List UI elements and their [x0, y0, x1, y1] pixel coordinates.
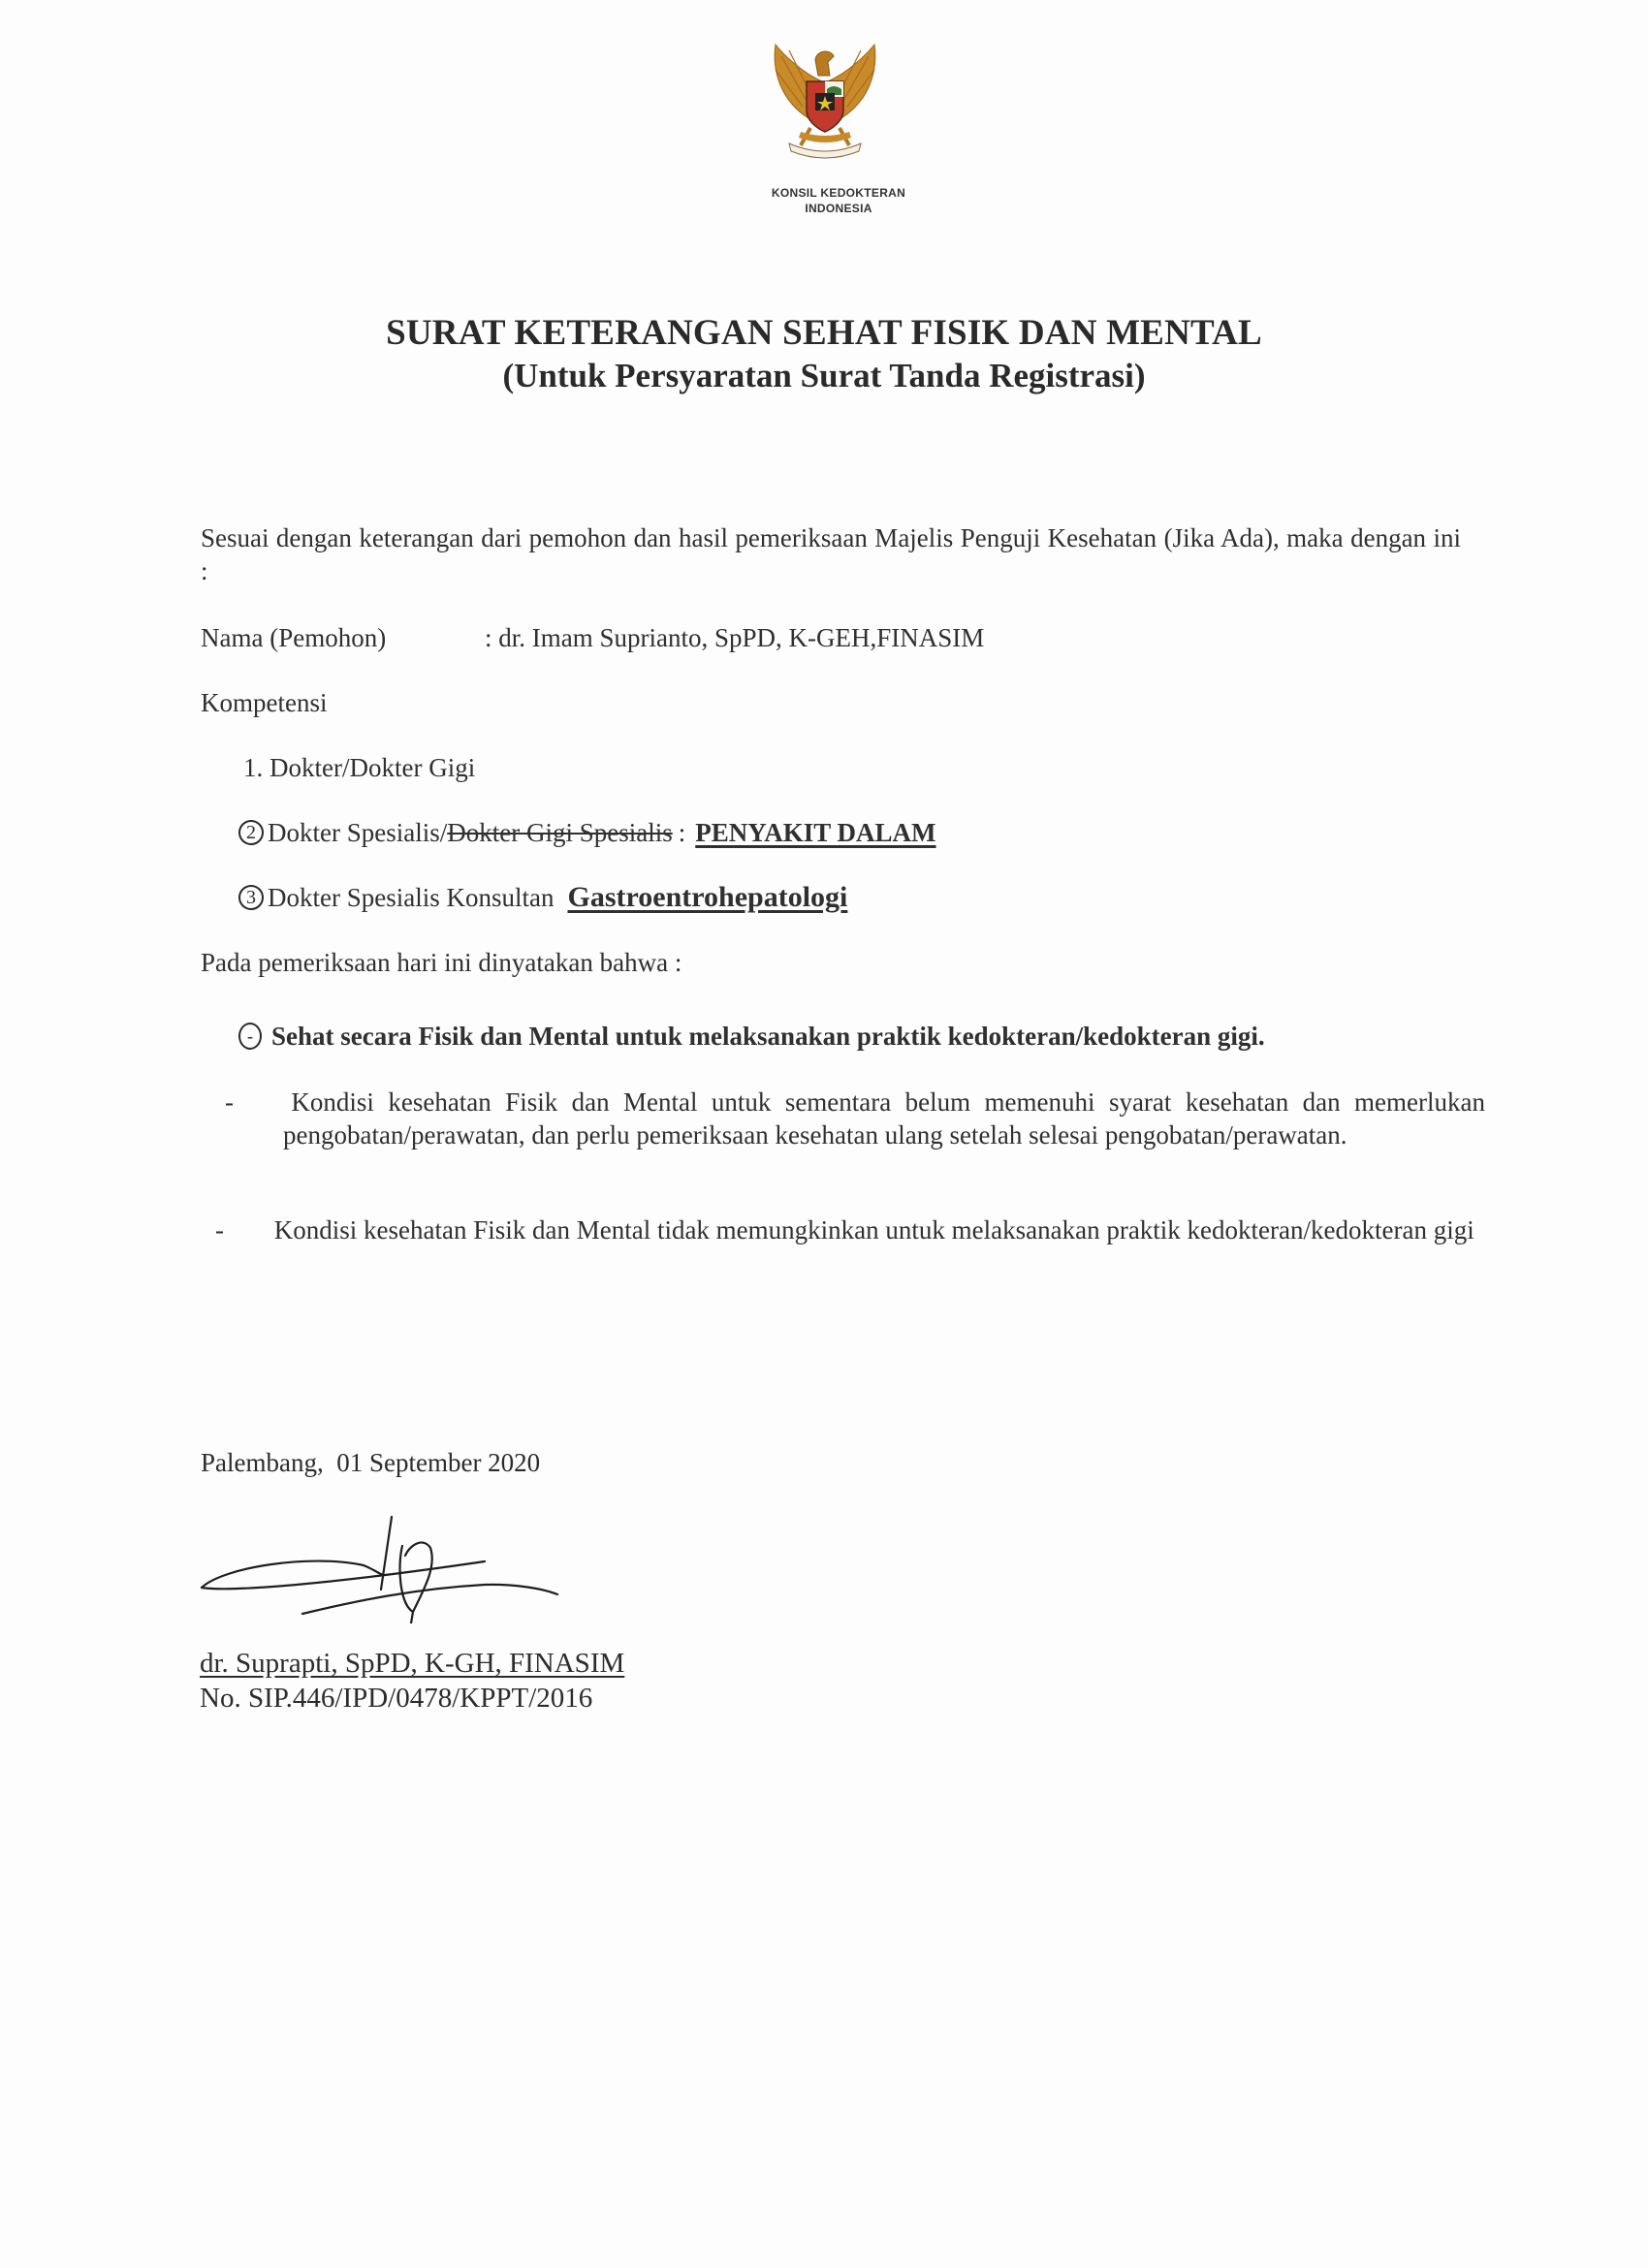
- circled-number-icon: 2: [238, 820, 264, 845]
- dash-marker: -: [244, 1213, 268, 1246]
- struck-text: Dokter Gigi Spesialis: [447, 816, 672, 849]
- document-title: SURAT KETERANGAN SEHAT FISIK DAN MENTAL: [0, 312, 1648, 354]
- circled-number-icon: 3: [238, 885, 264, 910]
- status-text: Kondisi kesehatan Fisik dan Mental untuk…: [283, 1087, 1485, 1150]
- separator: :: [679, 816, 686, 849]
- kompetensi-label: Kompetensi: [201, 686, 327, 719]
- kompetensi-text: Dokter Spesialis Konsultan: [268, 881, 554, 914]
- signer-license-number: No. SIP.446/IPD/0478/KPPT/2016: [200, 1683, 592, 1715]
- garuda-emblem-icon: [762, 43, 888, 169]
- signature-icon: [194, 1507, 582, 1623]
- consultant-value: Gastroentrohepatologi: [567, 881, 847, 914]
- examination-label: Pada pemeriksaan hari ini dinyatakan bah…: [201, 946, 681, 979]
- status-text: Sehat secara Fisik dan Mental untuk mela…: [271, 1020, 1265, 1053]
- kompetensi-text: Dokter/Dokter Gigi: [269, 753, 475, 782]
- applicant-label: Nama (Pemohon): [201, 621, 386, 654]
- status-option-healthy: - Sehat secara Fisik dan Mental untuk me…: [238, 1020, 1265, 1053]
- status-option-unfit: - Kondisi kesehatan Fisik dan Mental tid…: [244, 1213, 1485, 1246]
- status-text: Kondisi kesehatan Fisik dan Mental tidak…: [274, 1215, 1474, 1244]
- signer-name: dr. Suprapti, SpPD, K-GH, FINASIM: [200, 1648, 624, 1680]
- specialty-value: PENYAKIT DALAM: [695, 816, 935, 849]
- document-subtitle: (Untuk Persyaratan Surat Tanda Registras…: [0, 357, 1648, 395]
- org-name-line2: INDONESIA: [679, 202, 998, 215]
- applicant-name: : dr. Imam Suprianto, SpPD, K-GEH,FINASI…: [485, 621, 984, 654]
- circled-dash-icon: -: [238, 1023, 262, 1050]
- dash-marker: -: [254, 1086, 277, 1118]
- intro-paragraph: Sesuai dengan keterangan dari pemohon da…: [201, 521, 1461, 587]
- kompetensi-item-3: 3 Dokter Spesialis Konsultan Gastroentro…: [238, 881, 847, 914]
- kompetensi-number: 1.: [243, 753, 263, 782]
- kompetensi-item-2: 2 Dokter Spesialis/ Dokter Gigi Spesiali…: [238, 816, 936, 849]
- kompetensi-item-1: 1. Dokter/Dokter Gigi: [243, 751, 475, 784]
- kompetensi-text: Dokter Spesialis/: [268, 816, 447, 849]
- org-name-line1: KONSIL KEDOKTERAN: [679, 186, 998, 200]
- status-option-temporary: - Kondisi kesehatan Fisik dan Mental unt…: [254, 1086, 1485, 1151]
- place-date: Palembang, 01 September 2020: [201, 1448, 540, 1478]
